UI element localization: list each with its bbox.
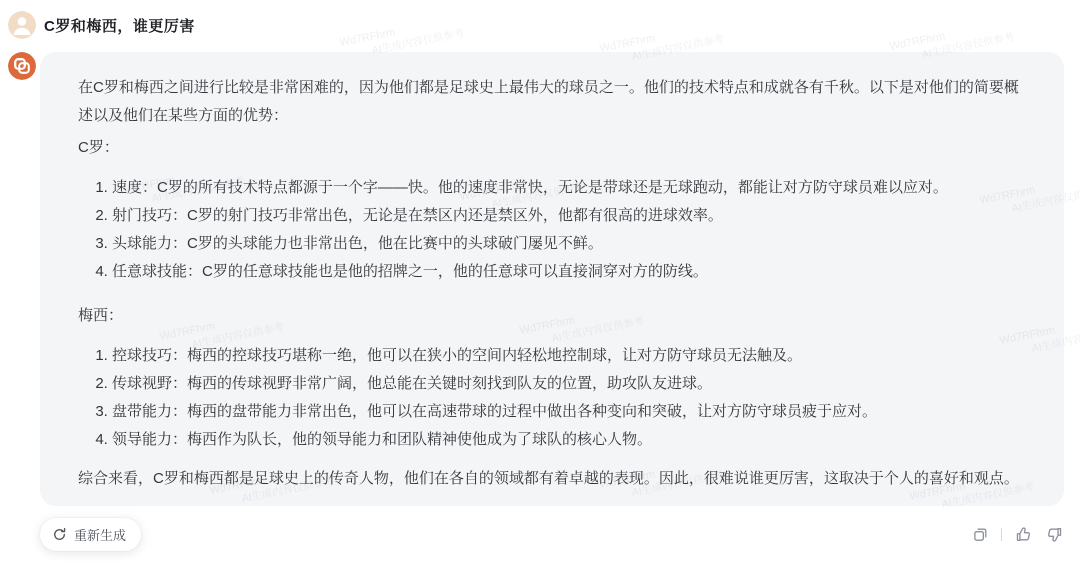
user-question-text: C罗和梅西，谁更厉害 [44, 15, 195, 36]
chat-page: C罗和梅西，谁更厉害 在C罗和梅西之间进行比较是非常困难的，因为他们都是足球史上… [0, 0, 1080, 568]
user-message-row: C罗和梅西，谁更厉害 [0, 0, 1080, 40]
thumbs-down-icon [1046, 526, 1063, 543]
footer-divider [1001, 528, 1002, 541]
list-item: 射门技巧：C罗的射门技巧非常出色，无论是在禁区内还是禁区外，他都有很高的进球效率… [112, 202, 1026, 230]
list-item: 盘带能力：梅西的盘带能力非常出色，他可以在高速带球的过程中做出各种变向和突破，让… [112, 398, 1026, 426]
ronaldo-skills-list: 速度：C罗的所有技术特点都源于一个字——快。他的速度非常快，无论是带球还是无球跑… [78, 174, 1026, 286]
answer-intro-paragraph: 在C罗和梅西之间进行比较是非常困难的，因为他们都是足球史上最伟大的球员之一。他们… [78, 74, 1026, 130]
footer-action-icons [970, 524, 1064, 544]
regenerate-label: 重新生成 [74, 525, 126, 544]
user-avatar-person-icon [8, 11, 36, 39]
thumbs-up-button[interactable] [1013, 524, 1033, 544]
messi-skills-list: 控球技巧：梅西的控球技巧堪称一绝，他可以在狭小的空间内轻松地控制球，让对方防守球… [78, 342, 1026, 454]
copy-icon [972, 526, 989, 543]
list-item: 速度：C罗的所有技术特点都源于一个字——快。他的速度非常快，无论是带球还是无球跑… [112, 174, 1026, 202]
copy-button[interactable] [970, 524, 990, 544]
thumbs-up-icon [1015, 526, 1032, 543]
list-item: 任意球技能：C罗的任意球技能也是他的招牌之一，他的任意球可以直接洞穿对方的防线。 [112, 258, 1026, 286]
answer-footer: 重新生成 [40, 518, 1064, 550]
assistant-avatar-tongyi-knot-icon [8, 52, 36, 80]
regenerate-button[interactable]: 重新生成 [40, 518, 141, 551]
assistant-answer-card: 在C罗和梅西之间进行比较是非常困难的，因为他们都是足球史上最伟大的球员之一。他们… [40, 52, 1064, 506]
answer-conclusion-paragraph: 综合来看，C罗和梅西都是足球史上的传奇人物，他们在各自的领域都有着卓越的表现。因… [78, 465, 1026, 493]
thumbs-down-button[interactable] [1044, 524, 1064, 544]
section-heading-messi: 梅西： [78, 302, 1026, 330]
list-item: 头球能力：C罗的头球能力也非常出色，他在比赛中的头球破门屡见不鲜。 [112, 230, 1026, 258]
refresh-icon [52, 527, 67, 542]
assistant-message-row: 在C罗和梅西之间进行比较是非常困难的，因为他们都是足球史上最伟大的球员之一。他们… [0, 52, 1080, 506]
list-item: 传球视野：梅西的传球视野非常广阔，他总能在关键时刻找到队友的位置，助攻队友进球。 [112, 370, 1026, 398]
section-heading-ronaldo: C罗： [78, 134, 1026, 162]
list-item: 控球技巧：梅西的控球技巧堪称一绝，他可以在狭小的空间内轻松地控制球，让对方防守球… [112, 342, 1026, 370]
list-item: 领导能力：梅西作为队长，他的领导能力和团队精神使他成为了球队的核心人物。 [112, 426, 1026, 454]
